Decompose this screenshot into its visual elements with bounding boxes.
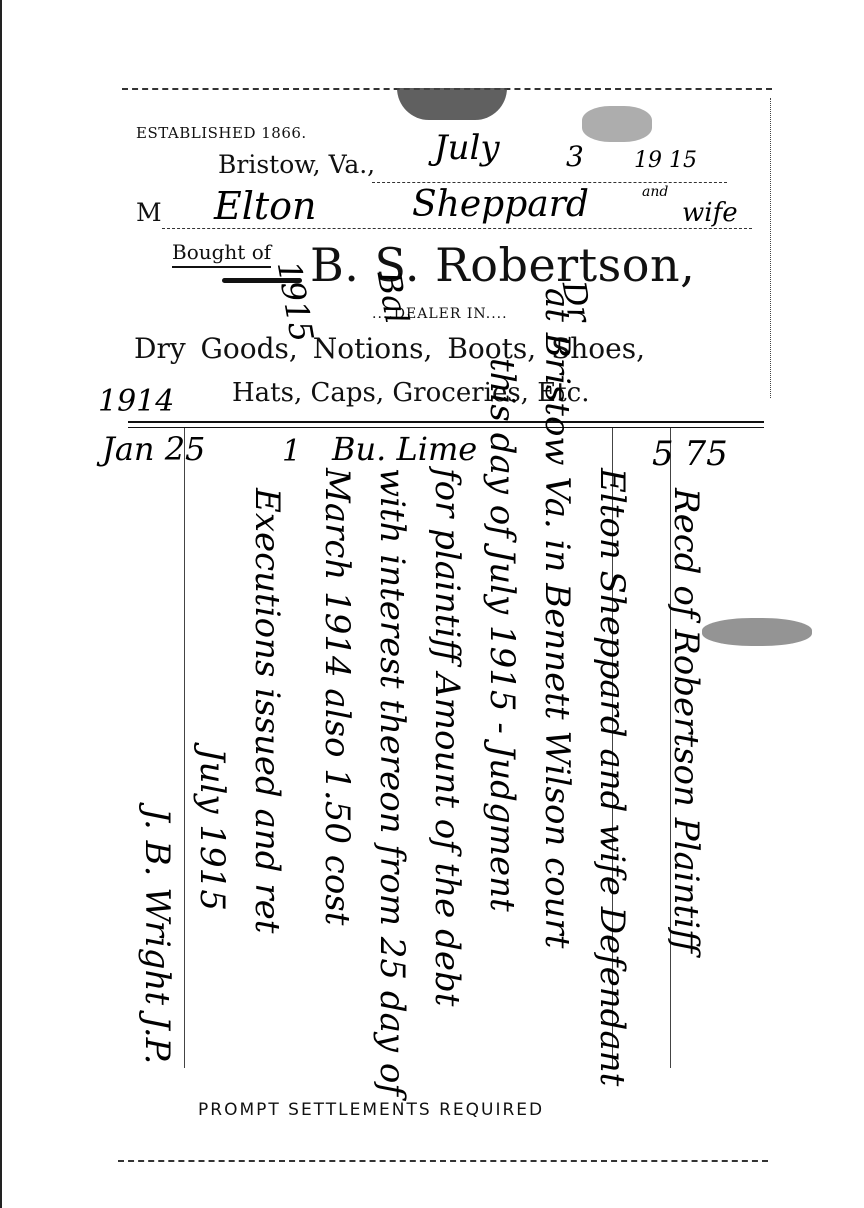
entry-date: Jan 25 <box>102 430 205 468</box>
ledger-rule <box>128 427 764 428</box>
customer-last-name: Sheppard <box>412 184 589 225</box>
customer-line <box>162 228 752 229</box>
margin-year: 1914 <box>98 384 174 419</box>
customer-wife: wife <box>682 198 738 228</box>
body-line: J. B. Wright J.P. <box>137 808 177 1064</box>
perforation-bottom <box>118 1160 768 1162</box>
customer-label: M <box>136 198 162 227</box>
customer-note: and <box>642 184 668 200</box>
entry-amount: 5 75 <box>652 434 728 474</box>
body-line: for plaintiff Amount of the debt <box>427 468 467 1006</box>
ledger-column-rule <box>184 428 185 1068</box>
body-line: this day of July 1915 - Judgment <box>482 358 522 912</box>
ink-blot <box>397 88 507 120</box>
goods-line-2: Hats, Caps, Groceries, Etc. <box>232 378 589 408</box>
date-year: 19 15 <box>634 148 697 173</box>
merchant-name: B. S. Robertson, <box>310 238 695 292</box>
date-line <box>372 182 727 183</box>
entry-quantity: 1 <box>282 434 301 469</box>
date-day: 3 <box>566 140 584 173</box>
entry-item: Bu. Lime <box>332 430 477 468</box>
place-label: Bristow, Va., <box>218 150 375 179</box>
body-line: Recd of Robertson Plaintiff <box>666 488 706 953</box>
ink-blot <box>582 106 652 142</box>
ledger-rule <box>128 421 764 423</box>
ink-blot <box>702 618 812 646</box>
date-month: July <box>434 128 500 168</box>
body-line: with interest thereon from 25 day of <box>372 468 412 1096</box>
customer-first-name: Elton <box>214 184 317 228</box>
footer-notice: PROMPT SETTLEMENTS REQUIRED <box>198 1100 544 1120</box>
body-line: Elton Sheppard and wife Defendant <box>592 468 632 1086</box>
perforation-right <box>770 98 771 398</box>
body-line: Executions issued and ret <box>247 488 287 933</box>
receipt-slip: ESTABLISHED 1866. Bristow, Va., July 3 1… <box>122 88 772 1163</box>
body-line: July 1915 <box>192 748 232 911</box>
body-line: March 1914 also 1.50 cost <box>317 468 357 925</box>
page-edge <box>0 0 2 1208</box>
established-label: ESTABLISHED 1866. <box>136 124 307 142</box>
body-line: at Bristow Va. in Bennett Wilson court <box>537 288 577 948</box>
bought-of-label: Bought of <box>172 240 271 268</box>
